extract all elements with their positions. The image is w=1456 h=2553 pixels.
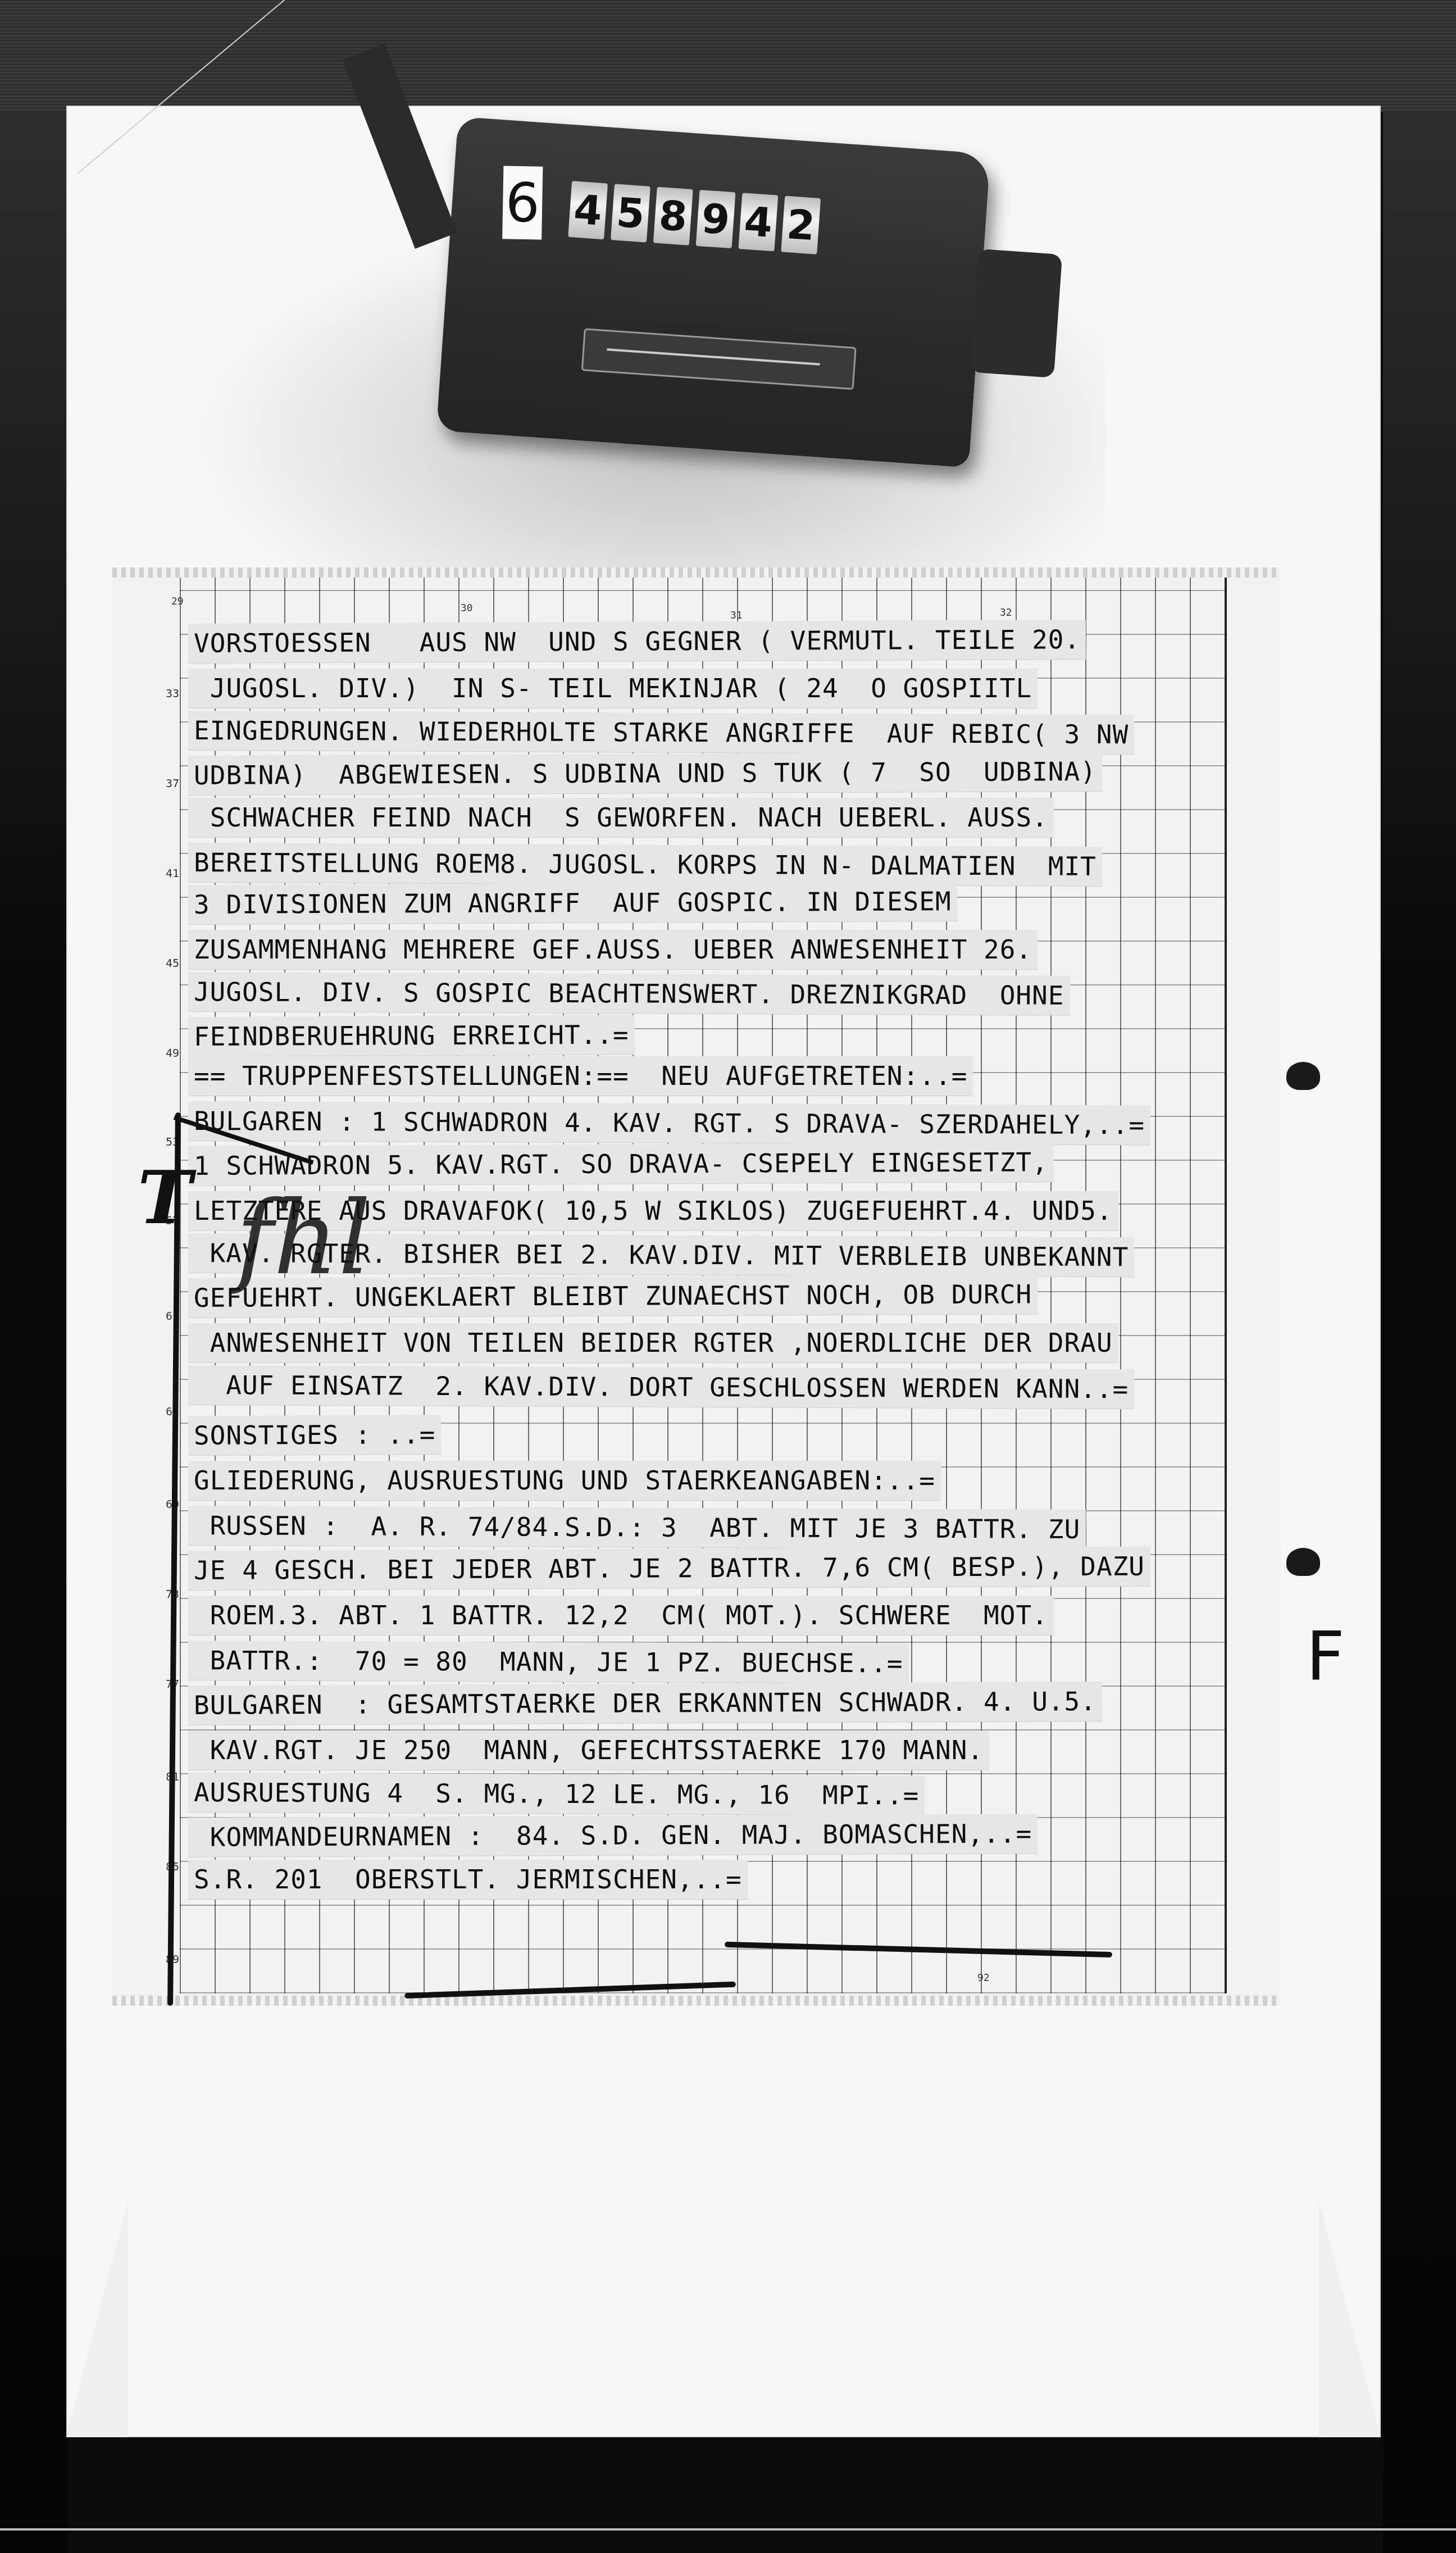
- line-number: 33: [166, 687, 179, 700]
- line-number: 41: [166, 866, 179, 880]
- message-line: KAV.RGT. JE 250 MANN, GEFECHTSSTAERKE 17…: [188, 1730, 989, 1770]
- counter-digit: 8: [653, 187, 693, 246]
- message-line: JE 4 GESCH. BEI JEDER ABT. JE 2 BATTR. 7…: [188, 1547, 1150, 1590]
- line-number: 49: [166, 1046, 179, 1060]
- message-line: KOMMANDEURNAMEN : 84. S.D. GEN. MAJ. BOM…: [188, 1814, 1038, 1857]
- punch-hole: [1286, 1548, 1320, 1576]
- counter-knob: [970, 249, 1062, 378]
- message-line: GLIEDERUNG, AUSRUESTUNG UND STAERKEANGAB…: [188, 1461, 941, 1500]
- message-line: VORSTOESSEN AUS NW UND S GEGNER ( VERMUT…: [188, 620, 1086, 663]
- corner-fold-right: [1319, 2201, 1381, 2437]
- message-line: BULGAREN : 1 SCHWADRON 4. KAV. RGT. S DR…: [188, 1101, 1150, 1144]
- scan-background-left: [0, 112, 67, 2553]
- message-line: ANWESENHEIT VON TEILEN BEIDER RGTER ,NOE…: [188, 1323, 1118, 1362]
- handwritten-signature: fhl: [236, 1180, 371, 1297]
- scan-background-right: [1383, 112, 1456, 2553]
- message-line: 1 SCHWADRON 5. KAV.RGT. SO DRAVA- CSEPEL…: [188, 1142, 1054, 1185]
- counter-digit: 4: [568, 181, 608, 239]
- message-line: BEREITSTELLUNG ROEM8. JUGOSL. KORPS IN N…: [188, 843, 1102, 886]
- torn-edge-bottom: [112, 1996, 1281, 2006]
- counter-digit: 2: [781, 196, 821, 254]
- torn-edge-top: [112, 567, 1281, 578]
- line-number: 37: [166, 776, 179, 790]
- column-number: 31: [730, 610, 743, 621]
- handwritten-mark-f: F: [1306, 1618, 1345, 1696]
- column-number: 29: [171, 596, 184, 607]
- message-line: JUGOSL. DIV. S GOSPIC BEACHTENSWERT. DRE…: [188, 972, 1070, 1015]
- message-line: SCHWACHER FEIND NACH S GEWORFEN. NACH UE…: [188, 798, 1054, 837]
- message-line: UDBINA) ABGEWIESEN. S UDBINA UND S TUK (…: [188, 752, 1102, 795]
- counter-nameplate: [581, 328, 857, 390]
- counter-digits: 4 5 8 9 4 2: [568, 181, 821, 255]
- counter-digit: 9: [696, 190, 736, 248]
- column-number: 92: [977, 1972, 990, 1984]
- counter-digit: 4: [738, 193, 778, 251]
- column-number: 32: [1000, 607, 1012, 619]
- message-line: JUGOSL. DIV.) IN S- TEIL MEKINJAR ( 24 O…: [188, 669, 1038, 708]
- counter-digit: 5: [611, 184, 650, 242]
- message-line: AUF EINSATZ 2. KAV.DIV. DORT GESCHLOSSEN…: [188, 1365, 1135, 1409]
- message-line: EINGEDRUNGEN. WIEDERHOLTE STARKE ANGRIFF…: [188, 711, 1135, 754]
- handwritten-mark-t: T: [138, 1155, 192, 1241]
- film-edge-line: [0, 2528, 1456, 2531]
- corner-fold-left: [66, 2201, 128, 2437]
- message-line: BATTR.: 70 = 80 MANN, JE 1 PZ. BUECHSE..…: [188, 1641, 909, 1683]
- frame-counter-device: 6 4 5 8 9 4 2: [436, 117, 991, 468]
- message-line: FEINDBERUEHRUNG ERREICHT..=: [188, 1015, 635, 1056]
- message-line: == TRUPPENFESTSTELLUNGEN:== NEU AUFGETRE…: [188, 1056, 973, 1096]
- message-line: SONSTIGES : ..=: [188, 1415, 442, 1455]
- column-number: 30: [461, 602, 473, 614]
- reel-label: 6: [502, 166, 543, 239]
- message-line: S.R. 201 OBERSTLT. JERMISCHEN,..=: [188, 1860, 748, 1899]
- message-line: ROEM.3. ABT. 1 BATTR. 12,2 CM( MOT.). SC…: [188, 1596, 1054, 1635]
- message-line: BULGAREN : GESAMTSTAERKE DER ERKANNTEN S…: [188, 1682, 1102, 1725]
- punch-hole: [1286, 1062, 1320, 1090]
- message-line: ZUSAMMENHANG MEHRERE GEF.AUSS. UEBER ANW…: [188, 930, 1038, 969]
- scan-background-top: [0, 0, 1456, 112]
- message-line: RUSSEN : A. R. 74/84.S.D.: 3 ABT. MIT JE…: [188, 1506, 1086, 1549]
- message-line: AUSRUESTUNG 4 S. MG., 12 LE. MG., 16 MPI…: [188, 1773, 925, 1815]
- message-line: 3 DIVISIONEN ZUM ANGRIFF AUF GOSPIC. IN …: [188, 882, 957, 924]
- line-number: 45: [166, 956, 179, 970]
